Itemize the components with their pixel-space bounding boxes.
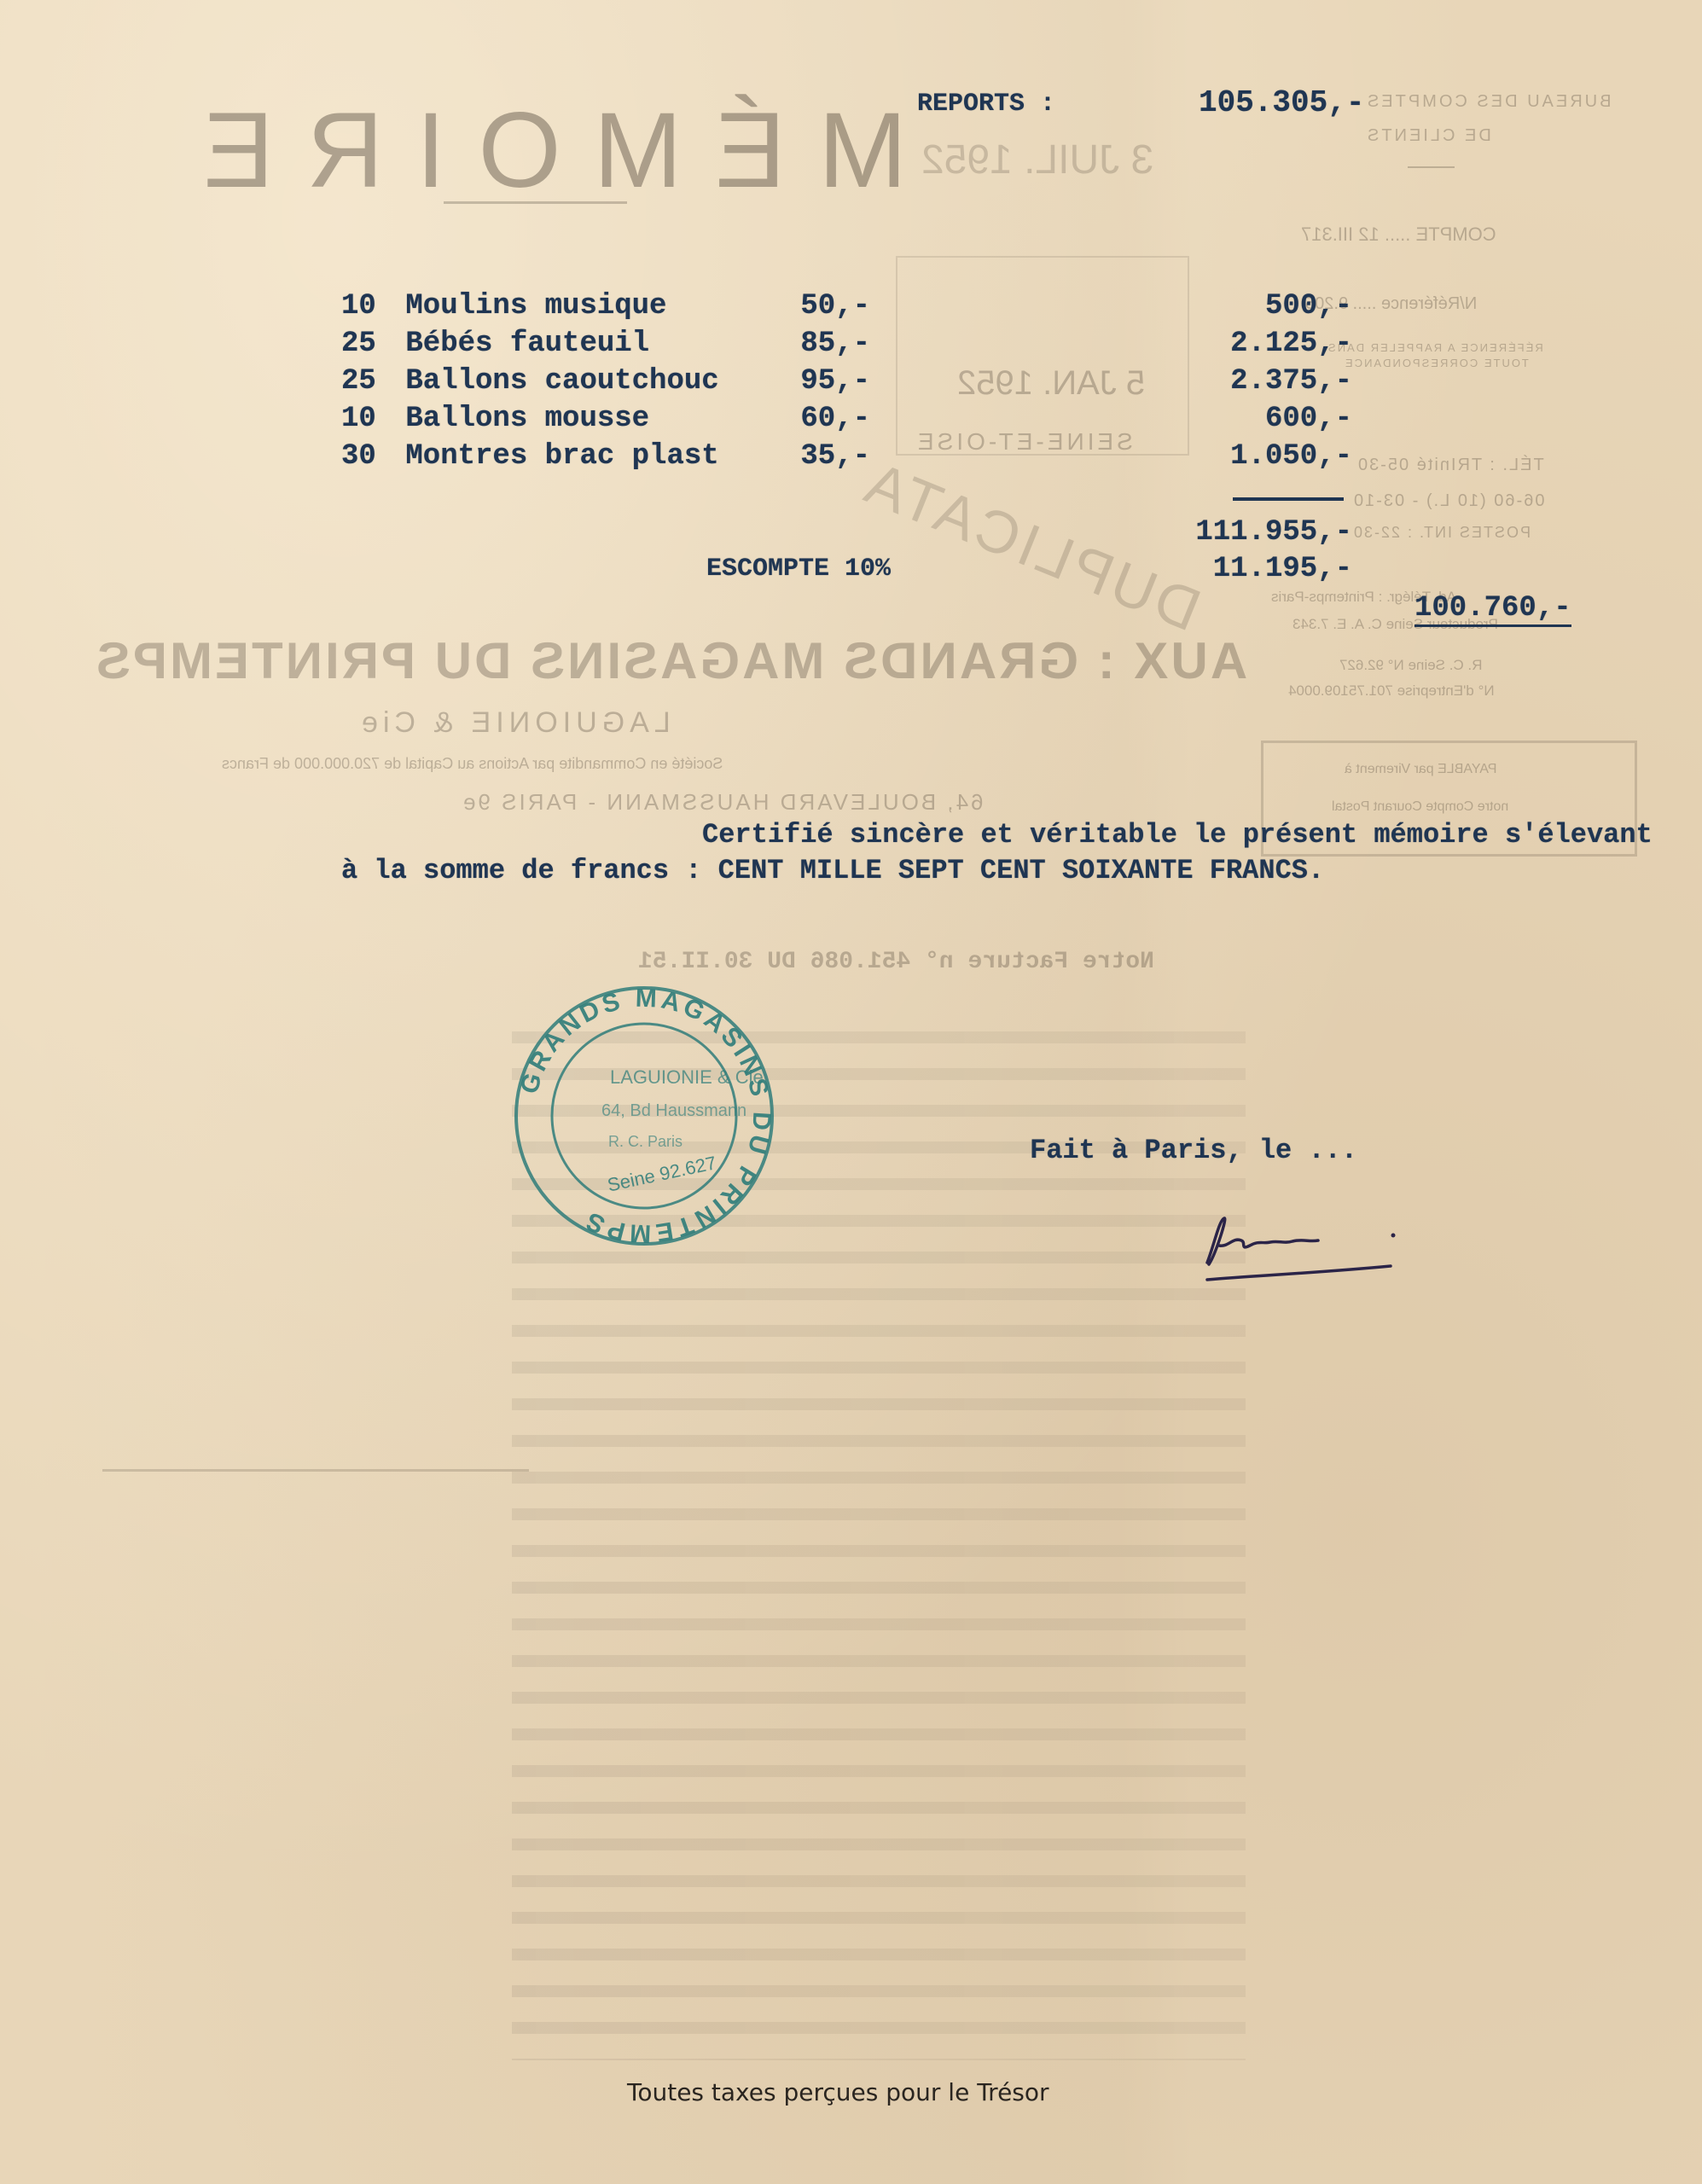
item-qty: 10: [341, 403, 388, 435]
ghost-company-name: AUX : GRANDS MAGASINS DU PRINTEMPS: [94, 631, 1247, 690]
item-total: 2.375,-: [1177, 365, 1352, 398]
ghost-right-line: TOUTE CORRESPONDANCE: [1344, 357, 1529, 369]
subtotal-value: 111.955,-: [1177, 516, 1352, 549]
ghost-company-line3: Société en Commandite par Actions au Cap…: [222, 755, 723, 773]
ghost-title-underline: [444, 201, 627, 204]
item-total: 2.125,-: [1177, 328, 1352, 360]
item-desc: Moulins musique: [405, 290, 666, 322]
item-desc: Ballons caoutchouc: [405, 365, 718, 398]
place-date: Fait à Paris, le ...: [1030, 1135, 1357, 1166]
item-total: 500,-: [1177, 290, 1352, 322]
line-items: 10 Moulins musique 25 Bébés fauteuil 25 …: [341, 290, 1365, 486]
item-unit-price: 85,-: [785, 328, 870, 360]
company-stamp: GRANDS MAGASINS DU PRINTEMPS LAGUIONIE &…: [508, 979, 781, 1252]
line-item: 25 Ballons caoutchouc: [341, 365, 719, 403]
item-qty: 25: [341, 328, 388, 360]
sum-rule: [1233, 497, 1344, 501]
ghost-right-line: COMPTE ..... 12 III.317: [1301, 224, 1496, 246]
item-desc: Ballons mousse: [405, 403, 649, 435]
item-qty: 25: [341, 365, 388, 398]
item-qty: 10: [341, 290, 388, 322]
item-unit-price: 35,-: [785, 440, 870, 473]
svg-text:LAGUIONIE & Cie: LAGUIONIE & Cie: [610, 1066, 764, 1088]
ghost-rule: [102, 1469, 529, 1472]
item-qty: 30: [341, 440, 388, 473]
svg-text:R. C. Paris: R. C. Paris: [608, 1133, 683, 1150]
ghost-right-line: TÉL. : TRInité 05-30: [1356, 456, 1544, 475]
ghost-payable-line: notre Compte Courant Postal: [1332, 799, 1508, 815]
ghost-right-line: N° d'Entreprise 701.75109.0004: [1288, 682, 1495, 700]
footer-tax-note: Toutes taxes perçues pour le Trésor: [627, 2078, 1049, 2106]
line-item: 10 Ballons mousse: [341, 403, 649, 440]
item-unit-price: 95,-: [785, 365, 870, 398]
line-item: 25 Bébés fauteuil: [341, 328, 649, 365]
line-item: 10 Moulins musique: [341, 290, 666, 328]
reports-value: 105.305,-: [1199, 85, 1364, 120]
discount-label: ESCOMPTE 10%: [706, 555, 891, 584]
ghost-company-line4: 64, BOULEVARD HAUSSMANN - PARIS 9e: [461, 789, 984, 816]
ghost-right-line: DE CLIENTS: [1365, 126, 1491, 146]
certification-line-1: Certifié sincère et véritable le présent…: [702, 819, 1653, 851]
ghost-payable-line: PAYABLE par Virement à: [1345, 762, 1496, 777]
ghost-right-line: POSTES INT. : 22-30: [1352, 524, 1531, 542]
signature: [1190, 1211, 1412, 1288]
item-desc: Bébés fauteuil: [405, 328, 649, 360]
item-unit-price: 60,-: [785, 403, 870, 435]
reports-label: REPORTS :: [917, 90, 1055, 119]
item-unit-price: 50,-: [785, 290, 870, 322]
ghost-right-line: BUREAU DES COMPTES: [1365, 92, 1611, 112]
item-total: 1.050,-: [1177, 440, 1352, 473]
item-desc: Montres brac plast: [405, 440, 718, 473]
item-total: 600,-: [1177, 403, 1352, 435]
ghost-received-stamp: 3 JUIL. 1952: [921, 136, 1153, 183]
ghost-title: MÉMOIRE: [171, 90, 907, 212]
ghost-right-line: R. C. Seine N° 92.627: [1339, 657, 1482, 674]
grand-total: 100.760,-: [1414, 592, 1571, 627]
ghost-rule: [1408, 166, 1455, 168]
ghost-right-line: 06-60 (10 L.) - 03-10: [1352, 491, 1544, 511]
line-item: 30 Montres brac plast: [341, 440, 719, 478]
svg-text:64, Bd Haussmann: 64, Bd Haussmann: [601, 1101, 746, 1120]
ghost-back-invoice-header: Notre Facture n° 451.086 DU 30.II.51: [638, 949, 1154, 975]
ghost-company-line2: LAGUIONIE & Cie: [357, 706, 671, 740]
certification-line-2: à la somme de francs : CENT MILLE SEPT C…: [341, 855, 1324, 886]
discount-value: 11.195,-: [1177, 553, 1352, 585]
